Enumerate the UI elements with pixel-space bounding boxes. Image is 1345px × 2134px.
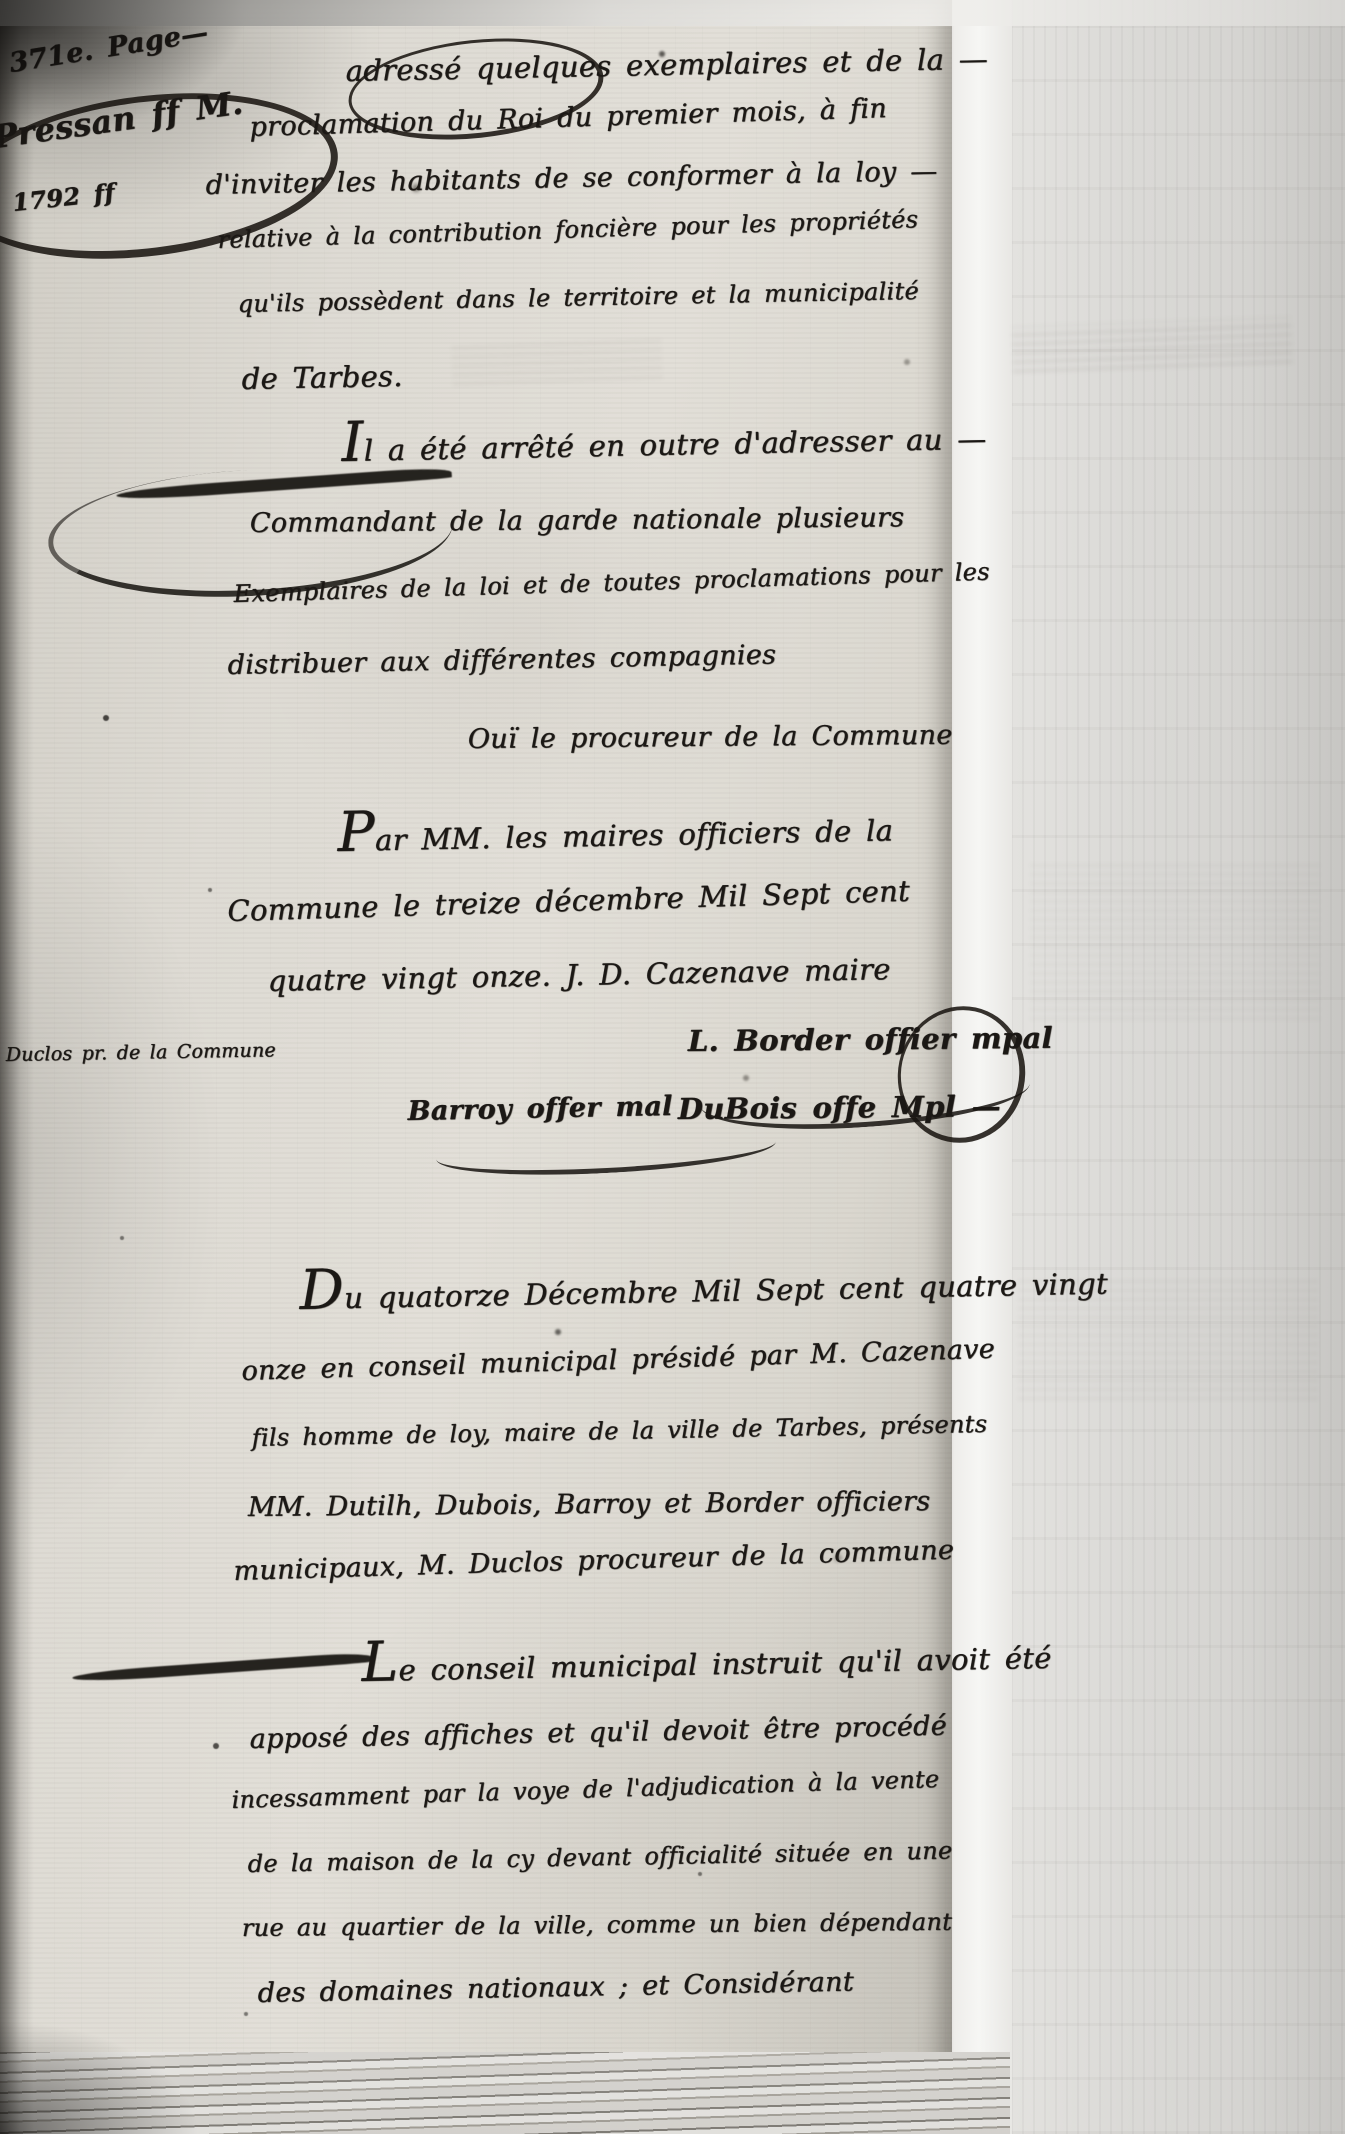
oui-line: Ouï le procureur de la Commune (468, 720, 953, 755)
closing-line: Commune le treize décembre Mil Sept cent (227, 874, 910, 928)
entry2-line: rue au quartier de la ville, comme un bi… (242, 1908, 953, 1942)
swash-flourish (72, 1652, 372, 1684)
bleedthrough-ghost (1011, 317, 1292, 373)
entry2-line: onze en conseil municipal présidé par M.… (241, 1334, 995, 1387)
signature-border: L. Border offier mpal (688, 1021, 1053, 1058)
bleedthrough-ghost (451, 338, 662, 385)
signature-underline-flourish (435, 1119, 777, 1182)
signature-barroy: Barroy offer mal (407, 1091, 673, 1127)
entry1-line: Il a été arrêté en outre d'adresser au — (341, 422, 986, 468)
entry2-line: municipaux, M. Duclos procureur de la co… (233, 1535, 955, 1587)
scan-top-edge (0, 0, 1345, 26)
entry1-line: Commandant de la garde nationale plusieu… (250, 502, 905, 539)
entry2-line: incessamment par la voye de l'adjudicati… (231, 1765, 940, 1814)
closing-line: quatre vingt onze. J. D. Cazenave maire (267, 952, 891, 998)
book-gutter-shadow (0, 0, 34, 2134)
corner-shadow (0, 2020, 200, 2134)
bleedthrough-ghost (1030, 860, 1320, 1020)
entry1-line: qu'ils possèdent dans le territoire et l… (237, 277, 919, 318)
closing-line: Par MM. les maires officiers de la (337, 813, 893, 858)
entry2-line: Le conseil municipal instruit qu'il avoi… (361, 1641, 1052, 1688)
manuscript-page: 371e. Page— Pressan ff M. 1792 ff adress… (0, 0, 952, 2134)
entry2-line: de la maison de la cy devant officialité… (247, 1836, 952, 1878)
entry2-line: des domaines nationaux ; et Considérant (257, 1967, 854, 2009)
signature-dubois: DuBois offe Mpl — (678, 1089, 1001, 1126)
facing-page (1000, 0, 1345, 2134)
entry2-line: fils homme de loy, maire de la ville de … (251, 1410, 987, 1452)
entry1-line: relative à la contribution foncière pour… (217, 205, 919, 254)
entry1-line: de Tarbes. (241, 359, 403, 396)
bleedthrough-ghost (1018, 1280, 1318, 1400)
entry2-line: MM. Dutilh, Dubois, Barroy et Border off… (248, 1486, 931, 1523)
entry2-line: apposé des affiches et qu'il devoit être… (249, 1711, 947, 1755)
scan-background: 371e. Page— Pressan ff M. 1792 ff adress… (0, 0, 1345, 2134)
entry1-line: distribuer aux différentes compagnies (227, 639, 776, 681)
margin-note-procureur: Duclos pr. de la Commune (6, 1039, 276, 1066)
